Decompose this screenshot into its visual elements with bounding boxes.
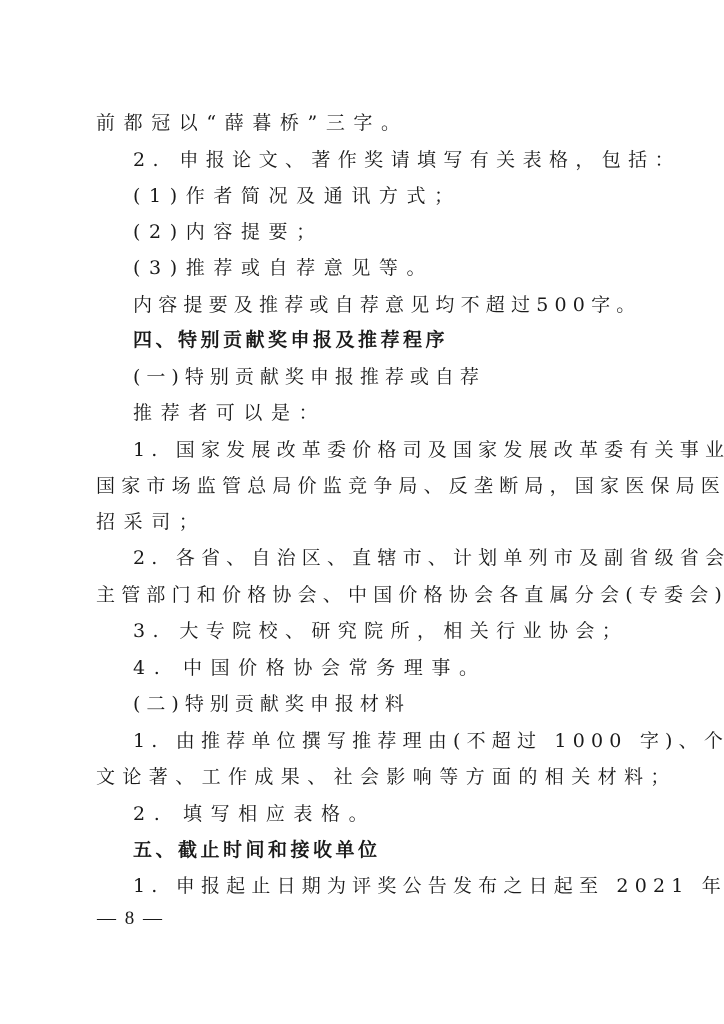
text-line-recommender-2: 2. 各省、自治区、直辖市、计划单列市及副省级省会城市价格 [133, 543, 673, 573]
text-line-recommenders: 推荐者可以是： [133, 398, 673, 428]
text-line-material-2: 2. 填写相应表格。 [133, 799, 673, 829]
text-line-recommender-4: 4. 中国价格协会常务理事。 [133, 653, 673, 683]
text-line-deadline: 1. 申报起止日期为评奖公告发布之日起至 2021 年 9 月 30 [133, 871, 673, 901]
section-heading-4: 四、特别贡献奖申报及推荐程序 [133, 325, 673, 355]
text-line-continuation: 前都冠以“薛暮桥”三字。 [96, 108, 636, 138]
page-number: — 8 — [97, 904, 164, 934]
text-line-recommender-3: 3. 大专院校、研究院所，相关行业协会； [133, 616, 673, 646]
text-line-subitem-1: (1)作者简况及通讯方式； [133, 181, 673, 211]
text-line-item-2-papers: 2. 申报论文、著作奖请填写有关表格，包括： [133, 145, 673, 175]
text-line-material-1: 1. 由推荐单位撰写推荐理由(不超过 1000 字)、个人简介、论 [133, 726, 673, 756]
section-heading-5: 五、截止时间和接收单位 [133, 835, 673, 865]
text-line-recommender-1: 1. 国家发展改革委价格司及国家发展改革委有关事业单位， [133, 435, 673, 465]
text-line-subitem-2: (2)内容提要； [133, 217, 673, 247]
text-line-recommender-1-cont: 国家市场监管总局价监竞争局、反垄断局，国家医保局医药价格 [96, 471, 636, 501]
subsection-heading-4-1: (一)特别贡献奖申报推荐或自荐 [133, 362, 673, 392]
document-page: 前都冠以“薛暮桥”三字。 2. 申报论文、著作奖请填写有关表格，包括： (1)作… [0, 0, 724, 1024]
text-line-recommender-1-end: 招采司； [96, 507, 636, 537]
subsection-heading-4-2: (二)特别贡献奖申报材料 [133, 689, 673, 719]
text-line-material-1-cont: 文论著、工作成果、社会影响等方面的相关材料； [96, 762, 636, 792]
text-line-recommender-2-cont: 主管部门和价格协会、中国价格协会各直属分会(专委会)； [96, 580, 636, 610]
text-line-word-limit: 内容提要及推荐或自荐意见均不超过500字。 [133, 290, 673, 320]
text-line-subitem-3: (3)推荐或自荐意见等。 [133, 253, 673, 283]
